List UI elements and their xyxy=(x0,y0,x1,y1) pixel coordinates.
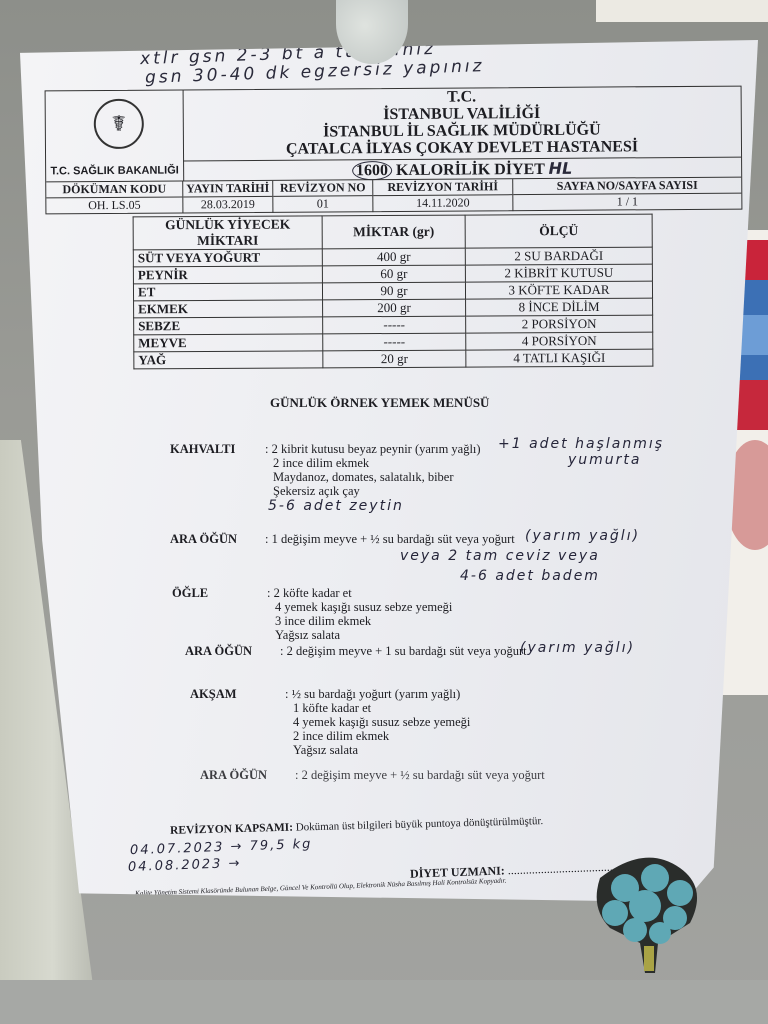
food-row: EKMEK200 gr8 İNCE DİLİM xyxy=(134,298,653,318)
meta-doc-code: DÖKÜMAN KODUOH. LS.05 xyxy=(46,181,183,214)
food-row: ET90 gr3 KÖFTE KADAR xyxy=(133,281,652,301)
handwritten-low-fat-2: (yarım yağlı) xyxy=(520,640,635,656)
food-name: SEBZE xyxy=(134,317,323,335)
footer-note: Kalite Yönetim Sistemi Klasöründe Buluna… xyxy=(135,877,506,898)
handwritten-walnut: veya 2 tam ceviz veya xyxy=(400,548,600,564)
menu-title: GÜNLÜK ÖRNEK YEMEK MENÜSÜ xyxy=(270,395,489,411)
food-name: YAĞ xyxy=(134,351,323,369)
food-measure: 2 SU BARDAĞI xyxy=(465,247,652,265)
food-amount: 90 gr xyxy=(322,282,465,300)
col-header-food: GÜNLÜK YİYECEK MİKTARI xyxy=(133,216,322,250)
logo-cell: ☤ T.C. SAĞLIK BAKANLIĞI xyxy=(46,90,185,181)
food-name: ET xyxy=(133,283,322,301)
document-meta: DÖKÜMAN KODUOH. LS.05 YAYIN TARİHİ28.03.… xyxy=(46,177,741,215)
food-name: EKMEK xyxy=(134,300,323,318)
food-row: SÜT VEYA YOĞURT400 gr2 SU BARDAĞI xyxy=(133,247,652,267)
food-measure: 2 PORSİYON xyxy=(466,315,653,333)
calorie-value: 1600 xyxy=(352,161,392,180)
food-measure: 8 İNCE DİLİM xyxy=(466,298,653,316)
title-line: ÇATALCA İLYAS ÇOKAY DEVLET HASTANESİ xyxy=(183,138,741,159)
handwritten-initials: HL xyxy=(549,159,573,178)
meta-page: SAYFA NO/SAYFA SAYISI1 / 1 xyxy=(513,178,741,212)
diet-title-text: KALORİLİK DİYET xyxy=(396,161,545,179)
handwritten-weight-2: 04.08.2023 → xyxy=(128,856,242,875)
food-row: SEBZE-----2 PORSİYON xyxy=(134,315,653,335)
handwritten-egg: +1 adet haşlanmış xyxy=(498,436,664,452)
document-header: ☤ T.C. SAĞLIK BAKANLIĞI T.C. İSTANBUL VA… xyxy=(45,86,743,215)
meta-publish-date: YAYIN TARİHİ28.03.2019 xyxy=(183,181,273,214)
revision-scope: REVİZYON KAPSAMI: Doküman üst bilgileri … xyxy=(170,815,543,837)
food-amount: ----- xyxy=(323,333,466,351)
meta-revision-no: REVİZYON NO01 xyxy=(273,180,373,213)
food-measure: 4 PORSİYON xyxy=(466,332,653,350)
food-row: MEYVE-----4 PORSİYON xyxy=(134,332,653,352)
flower-bouquet-magnet xyxy=(580,848,710,978)
food-measure: 2 KİBRİT KUTUSU xyxy=(465,264,652,282)
food-amount: 200 gr xyxy=(323,299,466,317)
food-name: SÜT VEYA YOĞURT xyxy=(133,249,322,267)
food-amount: 60 gr xyxy=(322,265,465,283)
handwritten-olives: 5-6 adet zeytin xyxy=(268,498,404,514)
diet-sheet: xtlr gsn 2-3 bt a tüketiniz gsn 30-40 dk… xyxy=(20,40,758,902)
food-measure: 4 TATLI KAŞIĞI xyxy=(466,349,653,367)
food-row: YAĞ20 gr4 TATLI KAŞIĞI xyxy=(134,349,653,369)
col-header-measure: ÖLÇÜ xyxy=(465,214,652,248)
fridge-surface xyxy=(0,980,768,1024)
food-amount: 20 gr xyxy=(323,350,466,368)
ministry-name: T.C. SAĞLIK BAKANLIĞI xyxy=(46,164,183,177)
background-paper xyxy=(596,0,768,22)
meta-revision-date: REVİZYON TARİHİ14.11.2020 xyxy=(373,179,513,212)
handwritten-weight-1: 04.07.2023 → 79,5 kg xyxy=(130,837,313,858)
food-name: MEYVE xyxy=(134,334,323,352)
food-amount: ----- xyxy=(323,316,466,334)
food-measure: 3 KÖFTE KADAR xyxy=(465,281,652,299)
col-header-amount: MİKTAR (gr) xyxy=(322,215,465,249)
handwritten-low-fat: (yarım yağlı) xyxy=(525,528,640,544)
food-row: PEYNİR60 gr2 KİBRİT KUTUSU xyxy=(133,264,652,284)
handwritten-almond: 4-6 adet badem xyxy=(460,568,600,584)
handwritten-egg-2: yumurta xyxy=(568,452,642,468)
ministry-emblem-icon: ☤ xyxy=(94,99,144,149)
food-name: PEYNİR xyxy=(133,266,322,284)
daily-food-table: GÜNLÜK YİYECEK MİKTARI MİKTAR (gr) ÖLÇÜ … xyxy=(133,214,654,370)
food-amount: 400 gr xyxy=(322,248,465,266)
